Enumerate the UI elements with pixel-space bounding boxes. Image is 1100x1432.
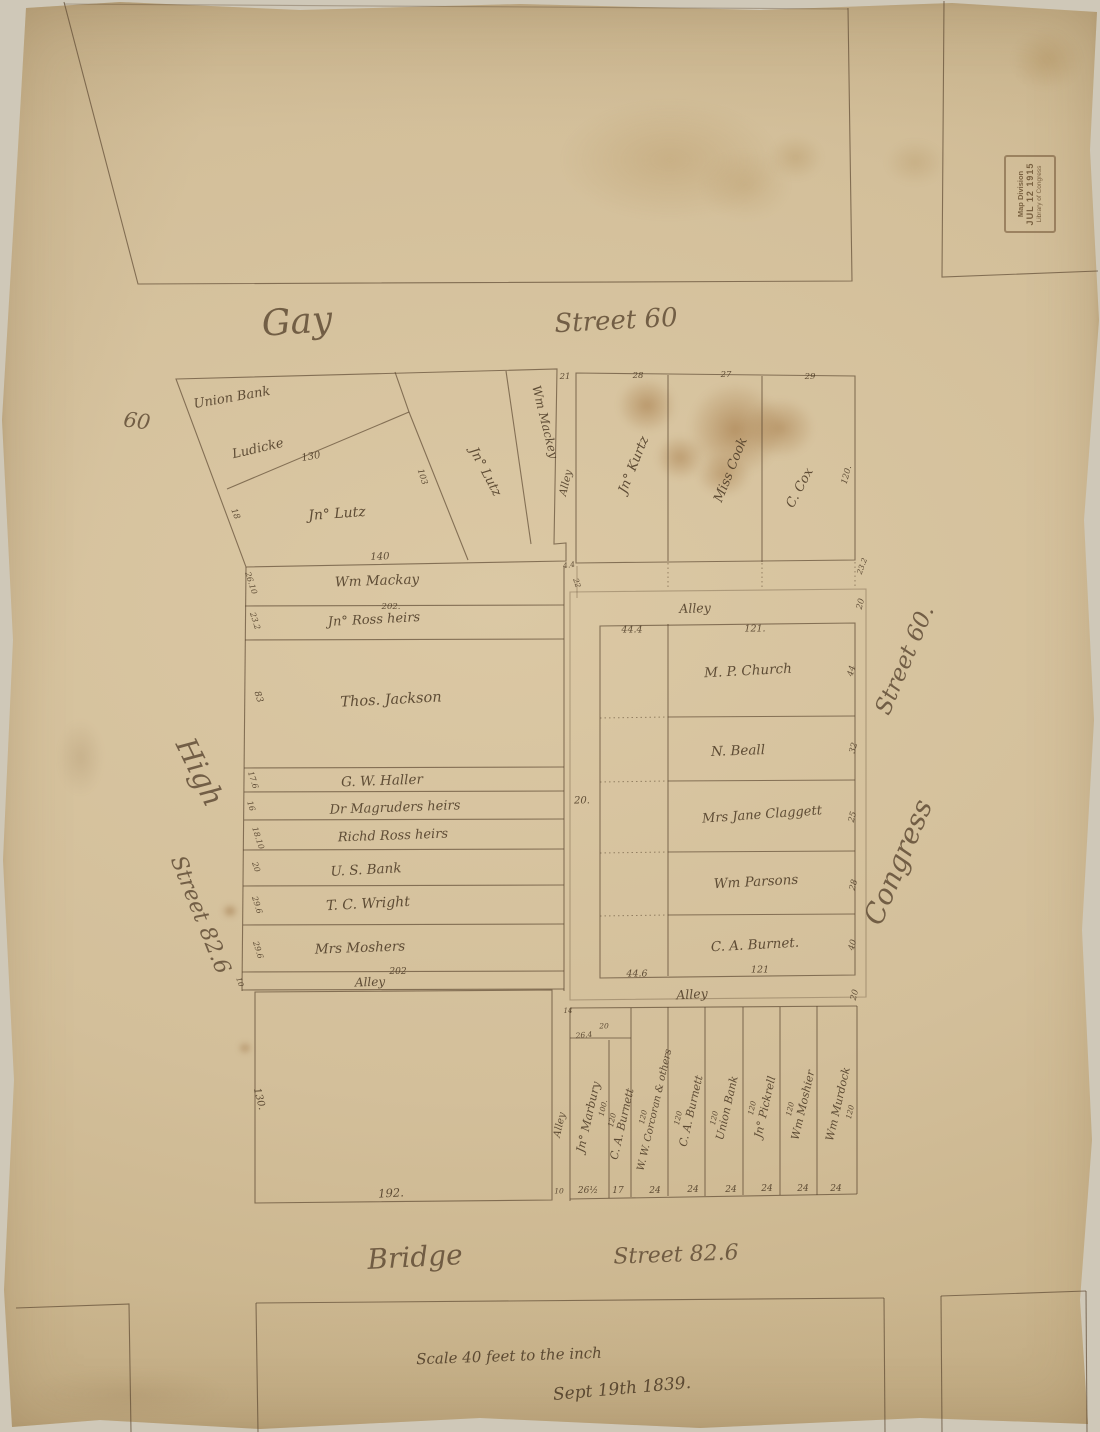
dim-d-top-121: 121. <box>744 624 765 635</box>
dim-b-28: 28 <box>633 371 644 381</box>
dim-notch-44: 4.4 <box>562 560 575 571</box>
stamp-org: Library of Congress <box>1036 166 1043 223</box>
dim-murdock-w: 24 <box>830 1184 841 1194</box>
dim-d-west-alley-20: 20. <box>574 796 590 807</box>
gay-street-north-block-lines <box>64 2 852 284</box>
dim-union-bank-e-w: 24 <box>725 1185 736 1195</box>
stamp-division: Map Division <box>1017 171 1026 217</box>
dim-marbury-w: 26½ <box>578 1186 598 1196</box>
dim-b-27: 27 <box>721 370 732 380</box>
library-stamp: Map Division JUL 12 1915 Library of Cong… <box>1004 155 1056 233</box>
dim-b-21: 21 <box>560 372 571 382</box>
gay-street-west-width: 60 <box>122 407 152 434</box>
block-f-lines <box>255 990 552 1203</box>
scanned-plat-map: Gay Street 60 60 High Street 82.6 Street… <box>0 0 1100 1432</box>
stamp-date: JUL 12 1915 <box>1025 163 1035 226</box>
lot-mackay: Wm Mackay <box>335 572 420 591</box>
dim-d-bottom-446: 44.6 <box>626 969 647 980</box>
lot-haller: G. W. Haller <box>341 772 423 791</box>
dim-d-top-444: 44.4 <box>621 625 642 636</box>
dim-moshier-w: 24 <box>797 1184 808 1194</box>
bridge-street-name: Bridge <box>367 1238 464 1276</box>
dim-burnett-2-w: 24 <box>687 1185 698 1195</box>
dim-pickrell-w: 24 <box>761 1184 772 1194</box>
block-e-lines <box>570 1006 857 1201</box>
dim-e-w10: 10 <box>554 1187 564 1196</box>
dim-corcoran-w: 24 <box>649 1186 660 1196</box>
alley-label-d-top: Alley <box>679 600 711 616</box>
congress-street-north-strip-lines <box>942 1 1098 277</box>
lot-beall: N. Beall <box>711 742 766 760</box>
dim-e-264: 26.4 <box>575 1030 592 1040</box>
dim-202-bottom: 202 <box>389 967 406 977</box>
dim-a-front-140: 140 <box>370 551 389 563</box>
bridge-street-width: Street 82.6 <box>613 1240 739 1269</box>
dim-e-20: 20 <box>599 1022 609 1031</box>
alley-label-d-bottom: Alley <box>676 986 708 1003</box>
gay-street-name: Gay <box>260 299 333 345</box>
lot-moshers: Mrs Moshers <box>315 938 406 957</box>
dim-e-14: 14 <box>564 1007 573 1015</box>
survey-lines <box>0 0 1100 1432</box>
dim-burnett-1-w: 17 <box>612 1186 623 1196</box>
dim-b-29: 29 <box>805 372 816 382</box>
dim-f-south-192: 192. <box>378 1185 404 1200</box>
dim-d-bottom-121: 121 <box>751 965 769 976</box>
alley-label-c: Alley <box>355 974 386 989</box>
